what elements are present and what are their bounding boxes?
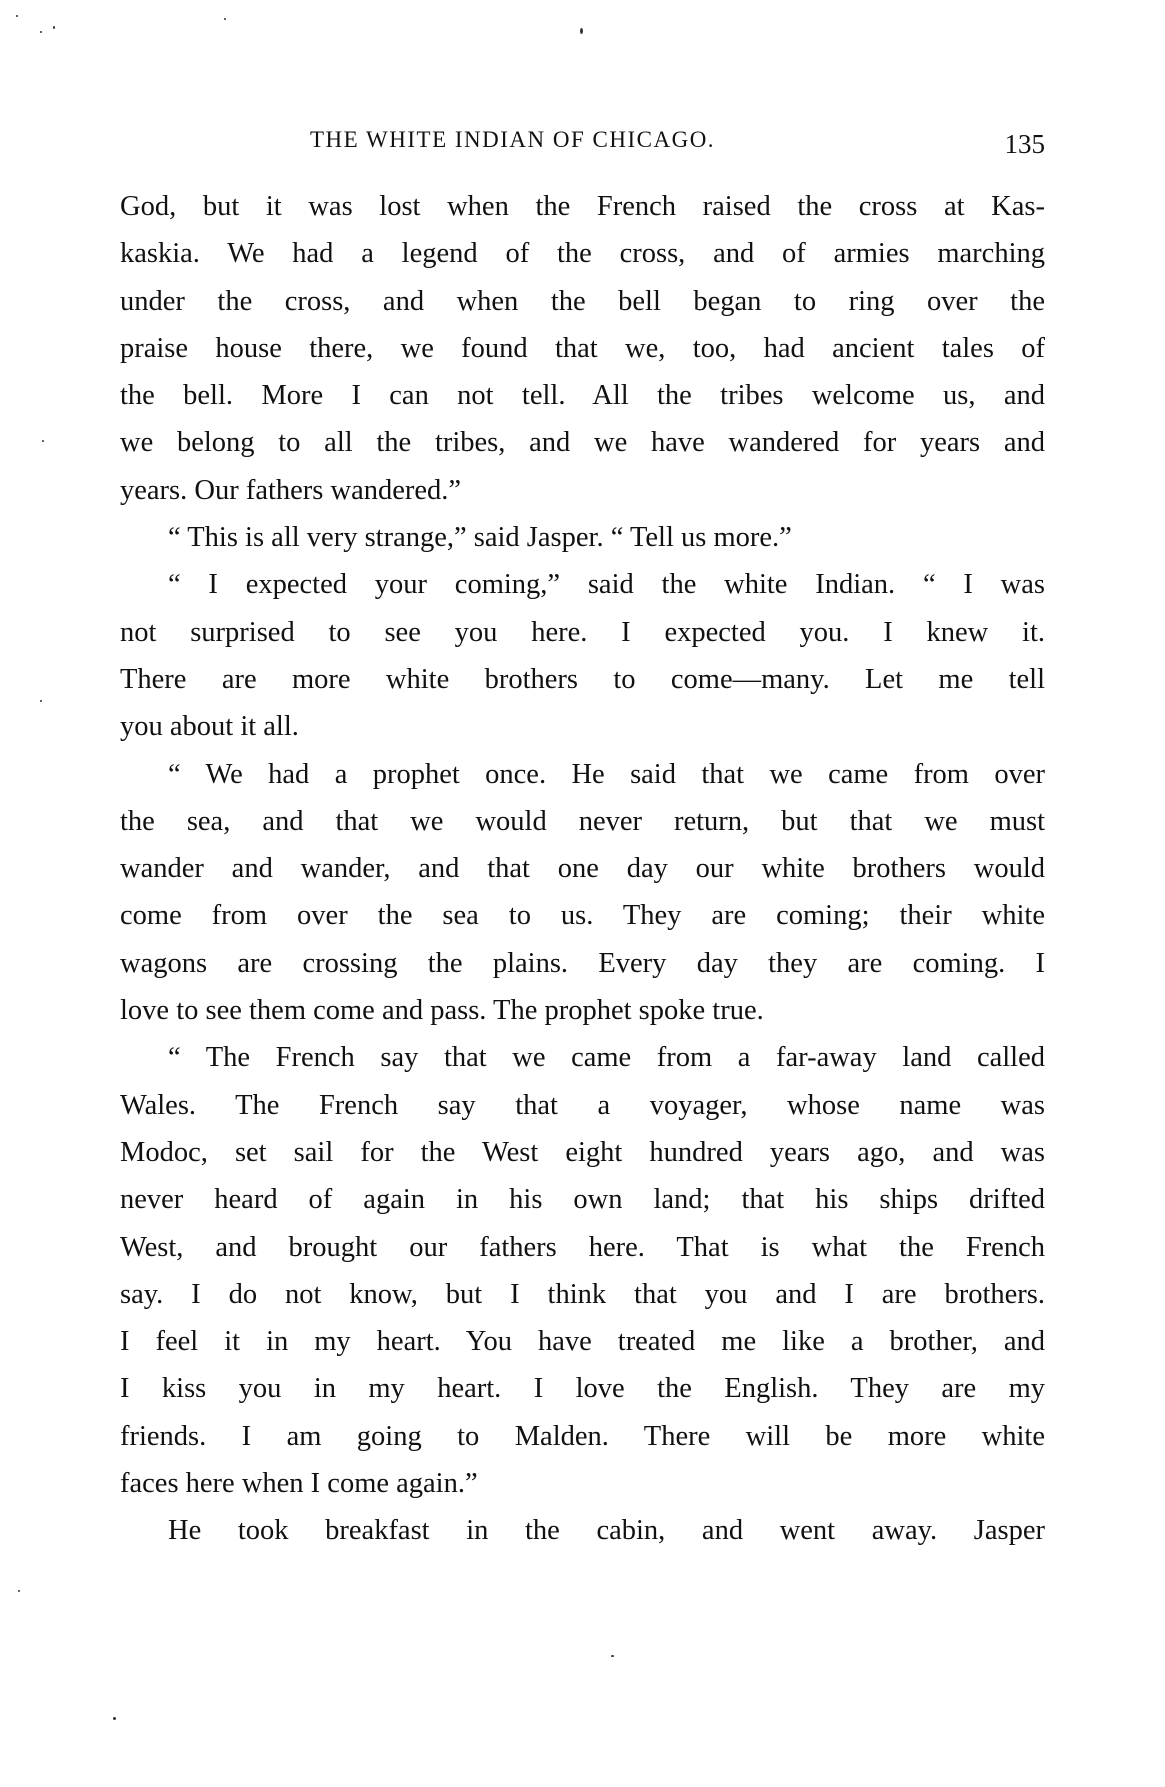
scan-speck	[18, 1590, 20, 1592]
text-line: come from over the sea to us. They are c…	[120, 892, 1045, 939]
scan-speck	[40, 31, 42, 33]
text-line: I feel it in my heart. You have treated …	[120, 1318, 1045, 1365]
text-line: friends. I am going to Malden. There wil…	[120, 1413, 1045, 1460]
text-line: “ I expected your coming,” said the whit…	[120, 561, 1045, 608]
text-line: Modoc, set sail for the West eight hundr…	[120, 1129, 1045, 1176]
text-line: we belong to all the tribes, and we have…	[120, 419, 1045, 466]
scan-speck	[40, 700, 42, 702]
text-line: love to see them come and pass. The prop…	[120, 987, 1045, 1034]
scan-speck	[580, 28, 583, 34]
text-line: never heard of again in his own land; th…	[120, 1176, 1045, 1223]
text-line: He took breakfast in the cabin, and went…	[120, 1507, 1045, 1554]
text-line: There are more white brothers to come—ma…	[120, 656, 1045, 703]
text-line: kaskia. We had a legend of the cross, an…	[120, 230, 1045, 277]
text-line: wagons are crossing the plains. Every da…	[120, 940, 1045, 987]
running-title: THE WHITE INDIAN OF CHICAGO.	[310, 127, 715, 153]
book-page: THE WHITE INDIAN OF CHICAGO. 135 God, bu…	[0, 0, 1165, 1787]
text-line: “ This is all very strange,” said Jasper…	[120, 514, 1045, 561]
page-number: 135	[1005, 129, 1046, 160]
text-line: praise house there, we found that we, to…	[120, 325, 1045, 372]
scan-speck	[113, 1717, 116, 1720]
text-line: “ We had a prophet once. He said that we…	[120, 751, 1045, 798]
text-line: faces here when I come again.”	[120, 1460, 1045, 1507]
text-line: God, but it was lost when the French rai…	[120, 183, 1045, 230]
text-line: years. Our fathers wandered.”	[120, 467, 1045, 514]
body-text: God, but it was lost when the French rai…	[120, 183, 1045, 1555]
text-line: you about it all.	[120, 703, 1045, 750]
scan-speck	[16, 15, 18, 17]
text-line: not surprised to see you here. I expecte…	[120, 609, 1045, 656]
text-line: under the cross, and when the bell began…	[120, 278, 1045, 325]
text-line: I kiss you in my heart. I love the Engli…	[120, 1365, 1045, 1412]
scan-speck	[42, 440, 44, 442]
running-head: THE WHITE INDIAN OF CHICAGO. 135	[120, 127, 1045, 167]
scan-speck	[53, 26, 55, 29]
text-line: say. I do not know, but I think that you…	[120, 1271, 1045, 1318]
text-line: the sea, and that we would never return,…	[120, 798, 1045, 845]
text-line: Wales. The French say that a voyager, wh…	[120, 1082, 1045, 1129]
scan-speck	[611, 1655, 614, 1657]
scan-speck	[224, 18, 226, 20]
text-line: West, and brought our fathers here. That…	[120, 1224, 1045, 1271]
text-line: the bell. More I can not tell. All the t…	[120, 372, 1045, 419]
text-line: “ The French say that we came from a far…	[120, 1034, 1045, 1081]
text-line: wander and wander, and that one day our …	[120, 845, 1045, 892]
